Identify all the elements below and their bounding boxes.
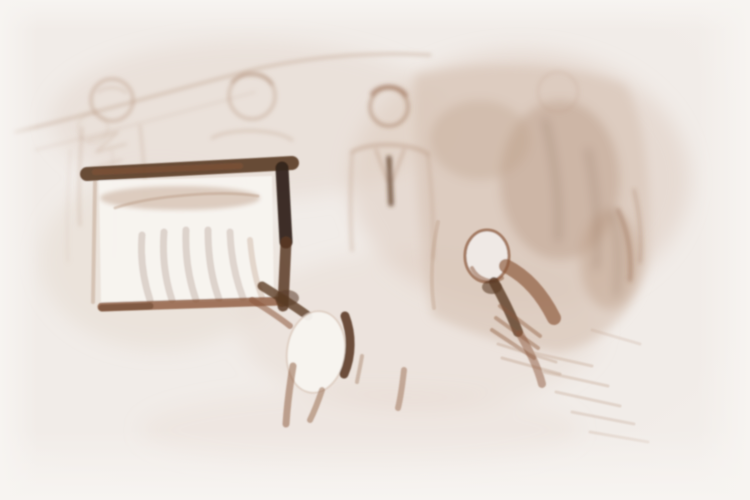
bed-frame-right-dark bbox=[282, 168, 286, 242]
sketch-canvas bbox=[0, 0, 750, 500]
wall-curtain-wash bbox=[414, 65, 649, 352]
bed-left-post bbox=[93, 182, 95, 302]
tie-stroke bbox=[389, 158, 391, 204]
sepia-sketch-image bbox=[0, 0, 750, 500]
